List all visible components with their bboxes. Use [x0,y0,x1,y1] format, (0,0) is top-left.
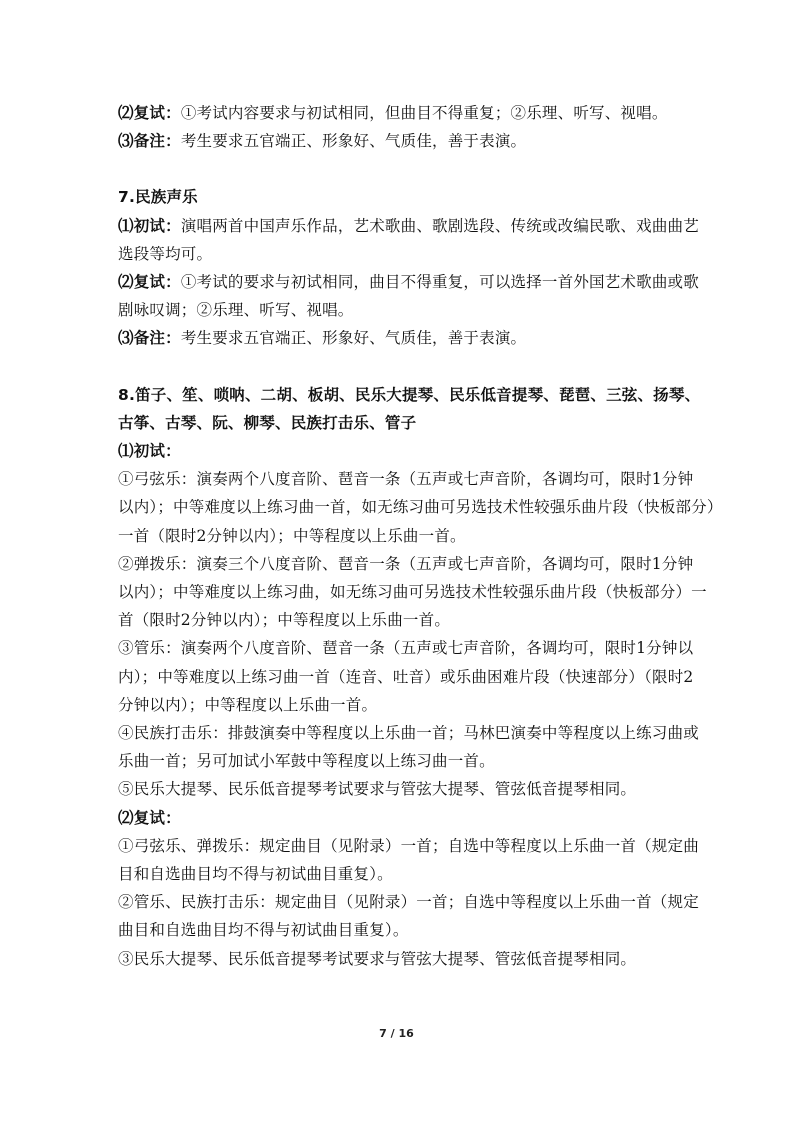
note-label: ⑶备注： [118,132,181,150]
initial-label: ⑴初试： [118,437,676,465]
page-number: 7 / 16 [0,1027,793,1040]
retest-label: ⑵复试： [118,104,181,122]
list-item: ④民族打击乐：排鼓演奏中等程度以上乐曲一首；马林巴演奏中等程度以上练习曲或 [118,719,676,747]
retest-label: ⑵复试： [118,804,676,832]
document-page: ⑵复试：①考试内容要求与初试相同，但曲目不得重复；②乐理、听写、视唱。 ⑶备注：… [118,99,676,973]
retest-paragraph: ⑵复试：①考试的要求与初试相同，曲目不得重复，可以选择一首外国艺术歌曲或歌 [118,268,676,296]
list-item: ⑤民乐大提琴、民乐低音提琴考试要求与管弦大提琴、管弦低音提琴相同。 [118,775,676,803]
list-item: ①弓弦乐：演奏两个八度音阶、琶音一条（五声或七声音阶，各调均可，限时1分钟 [118,465,676,493]
initial-paragraph: ⑴初试：演唱两首中国声乐作品，艺术歌曲、歌剧选段、传统或改编民歌、戏曲曲艺 [118,212,676,240]
list-item: ②管乐、民族打击乐：规定曲目（见附录）一首；自选中等程度以上乐曲一首（规定 [118,888,676,916]
list-item: ③管乐：演奏两个八度音阶、琶音一条（五声或七声音阶，各调均可，限时1分钟以 [118,634,676,662]
retest-paragraph: ⑵复试：①考试内容要求与初试相同，但曲目不得重复；②乐理、听写、视唱。 [118,99,676,127]
list-item: ②弹拨乐：演奏三个八度音阶、琶音一条（五声或七声音阶，各调均可，限时1分钟 [118,550,676,578]
section-heading-8: 8.笛子、笙、唢呐、二胡、板胡、民乐大提琴、民乐低音提琴、琵琶、三弦、扬琴、 [118,381,676,409]
section-heading-7: 7.民族声乐 [118,183,676,211]
list-item: ①弓弦乐、弹拨乐：规定曲目（见附录）一首；自选中等程度以上乐曲一首（规定曲 [118,832,676,860]
note-paragraph: ⑶备注：考生要求五官端正、形象好、气质佳，善于表演。 [118,127,676,155]
initial-items: ①弓弦乐：演奏两个八度音阶、琶音一条（五声或七声音阶，各调均可，限时1分钟 以内… [118,465,676,803]
list-item: ③民乐大提琴、民乐低音提琴考试要求与管弦大提琴、管弦低音提琴相同。 [118,945,676,973]
retest-items: ①弓弦乐、弹拨乐：规定曲目（见附录）一首；自选中等程度以上乐曲一首（规定曲 目和… [118,832,676,973]
note-paragraph: ⑶备注：考生要求五官端正、形象好、气质佳，善于表演。 [118,324,676,352]
